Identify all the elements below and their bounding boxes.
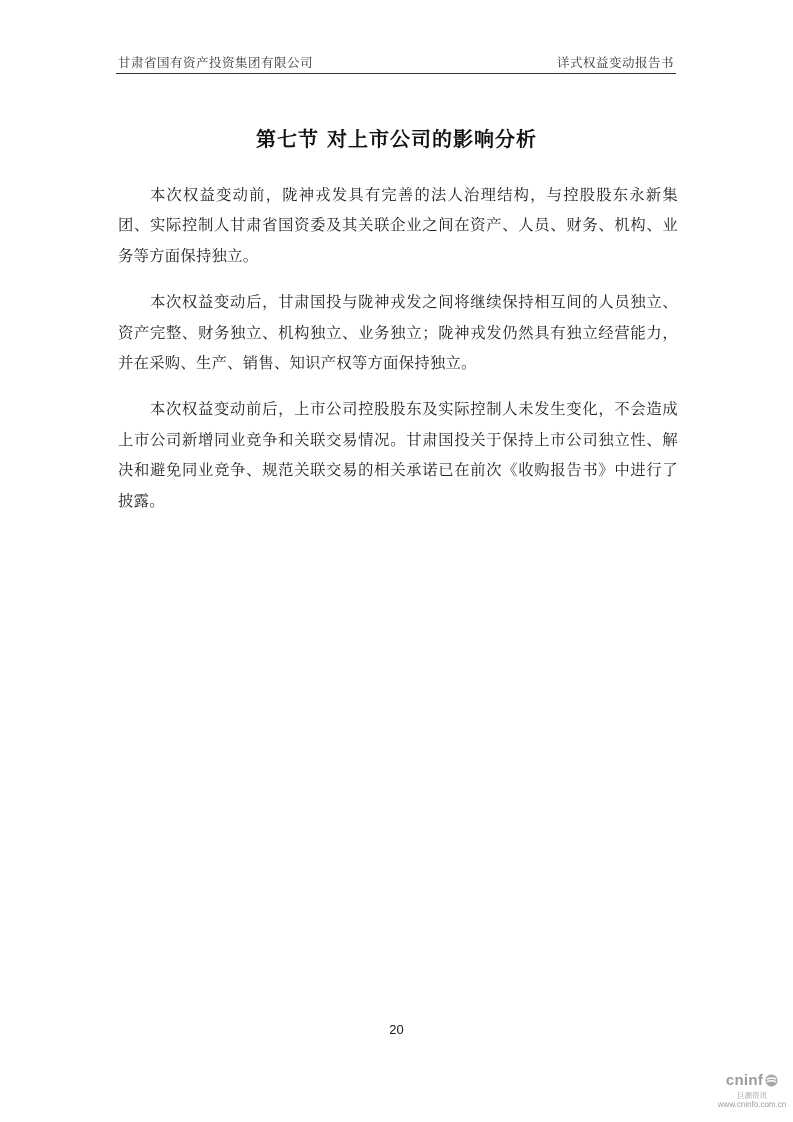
header-company-name: 甘肃省国有资产投资集团有限公司 [118,55,313,71]
header-document-title: 详式权益变动报告书 [557,55,674,71]
watermark-brand: cninf [726,1073,778,1088]
watermark-cn-name: 巨潮资讯 [712,1091,792,1100]
cninfo-logo-icon [765,1074,778,1087]
page-number: 20 [0,1022,793,1037]
body-text: 本次权益变动前，陇神戎发具有完善的法人治理结构，与控股股东永新集团、实际控制人甘… [118,180,678,532]
paragraph: 本次权益变动前后，上市公司控股股东及实际控制人未发生变化，不会造成上市公司新增同… [118,394,678,516]
paragraph: 本次权益变动后，甘肃国投与陇神戎发之间将继续保持相互间的人员独立、资产完整、财务… [118,287,678,378]
page-header: 甘肃省国有资产投资集团有限公司 详式权益变动报告书 [116,55,676,74]
watermark-url: www.cninfo.com.cn [712,1100,792,1110]
watermark-brand-text: cninf [726,1073,763,1088]
section-title: 第七节 对上市公司的影响分析 [0,124,793,154]
cninfo-watermark: cninf 巨潮资讯 www.cninfo.com.cn [712,1072,792,1110]
paragraph: 本次权益变动前，陇神戎发具有完善的法人治理结构，与控股股东永新集团、实际控制人甘… [118,180,678,271]
